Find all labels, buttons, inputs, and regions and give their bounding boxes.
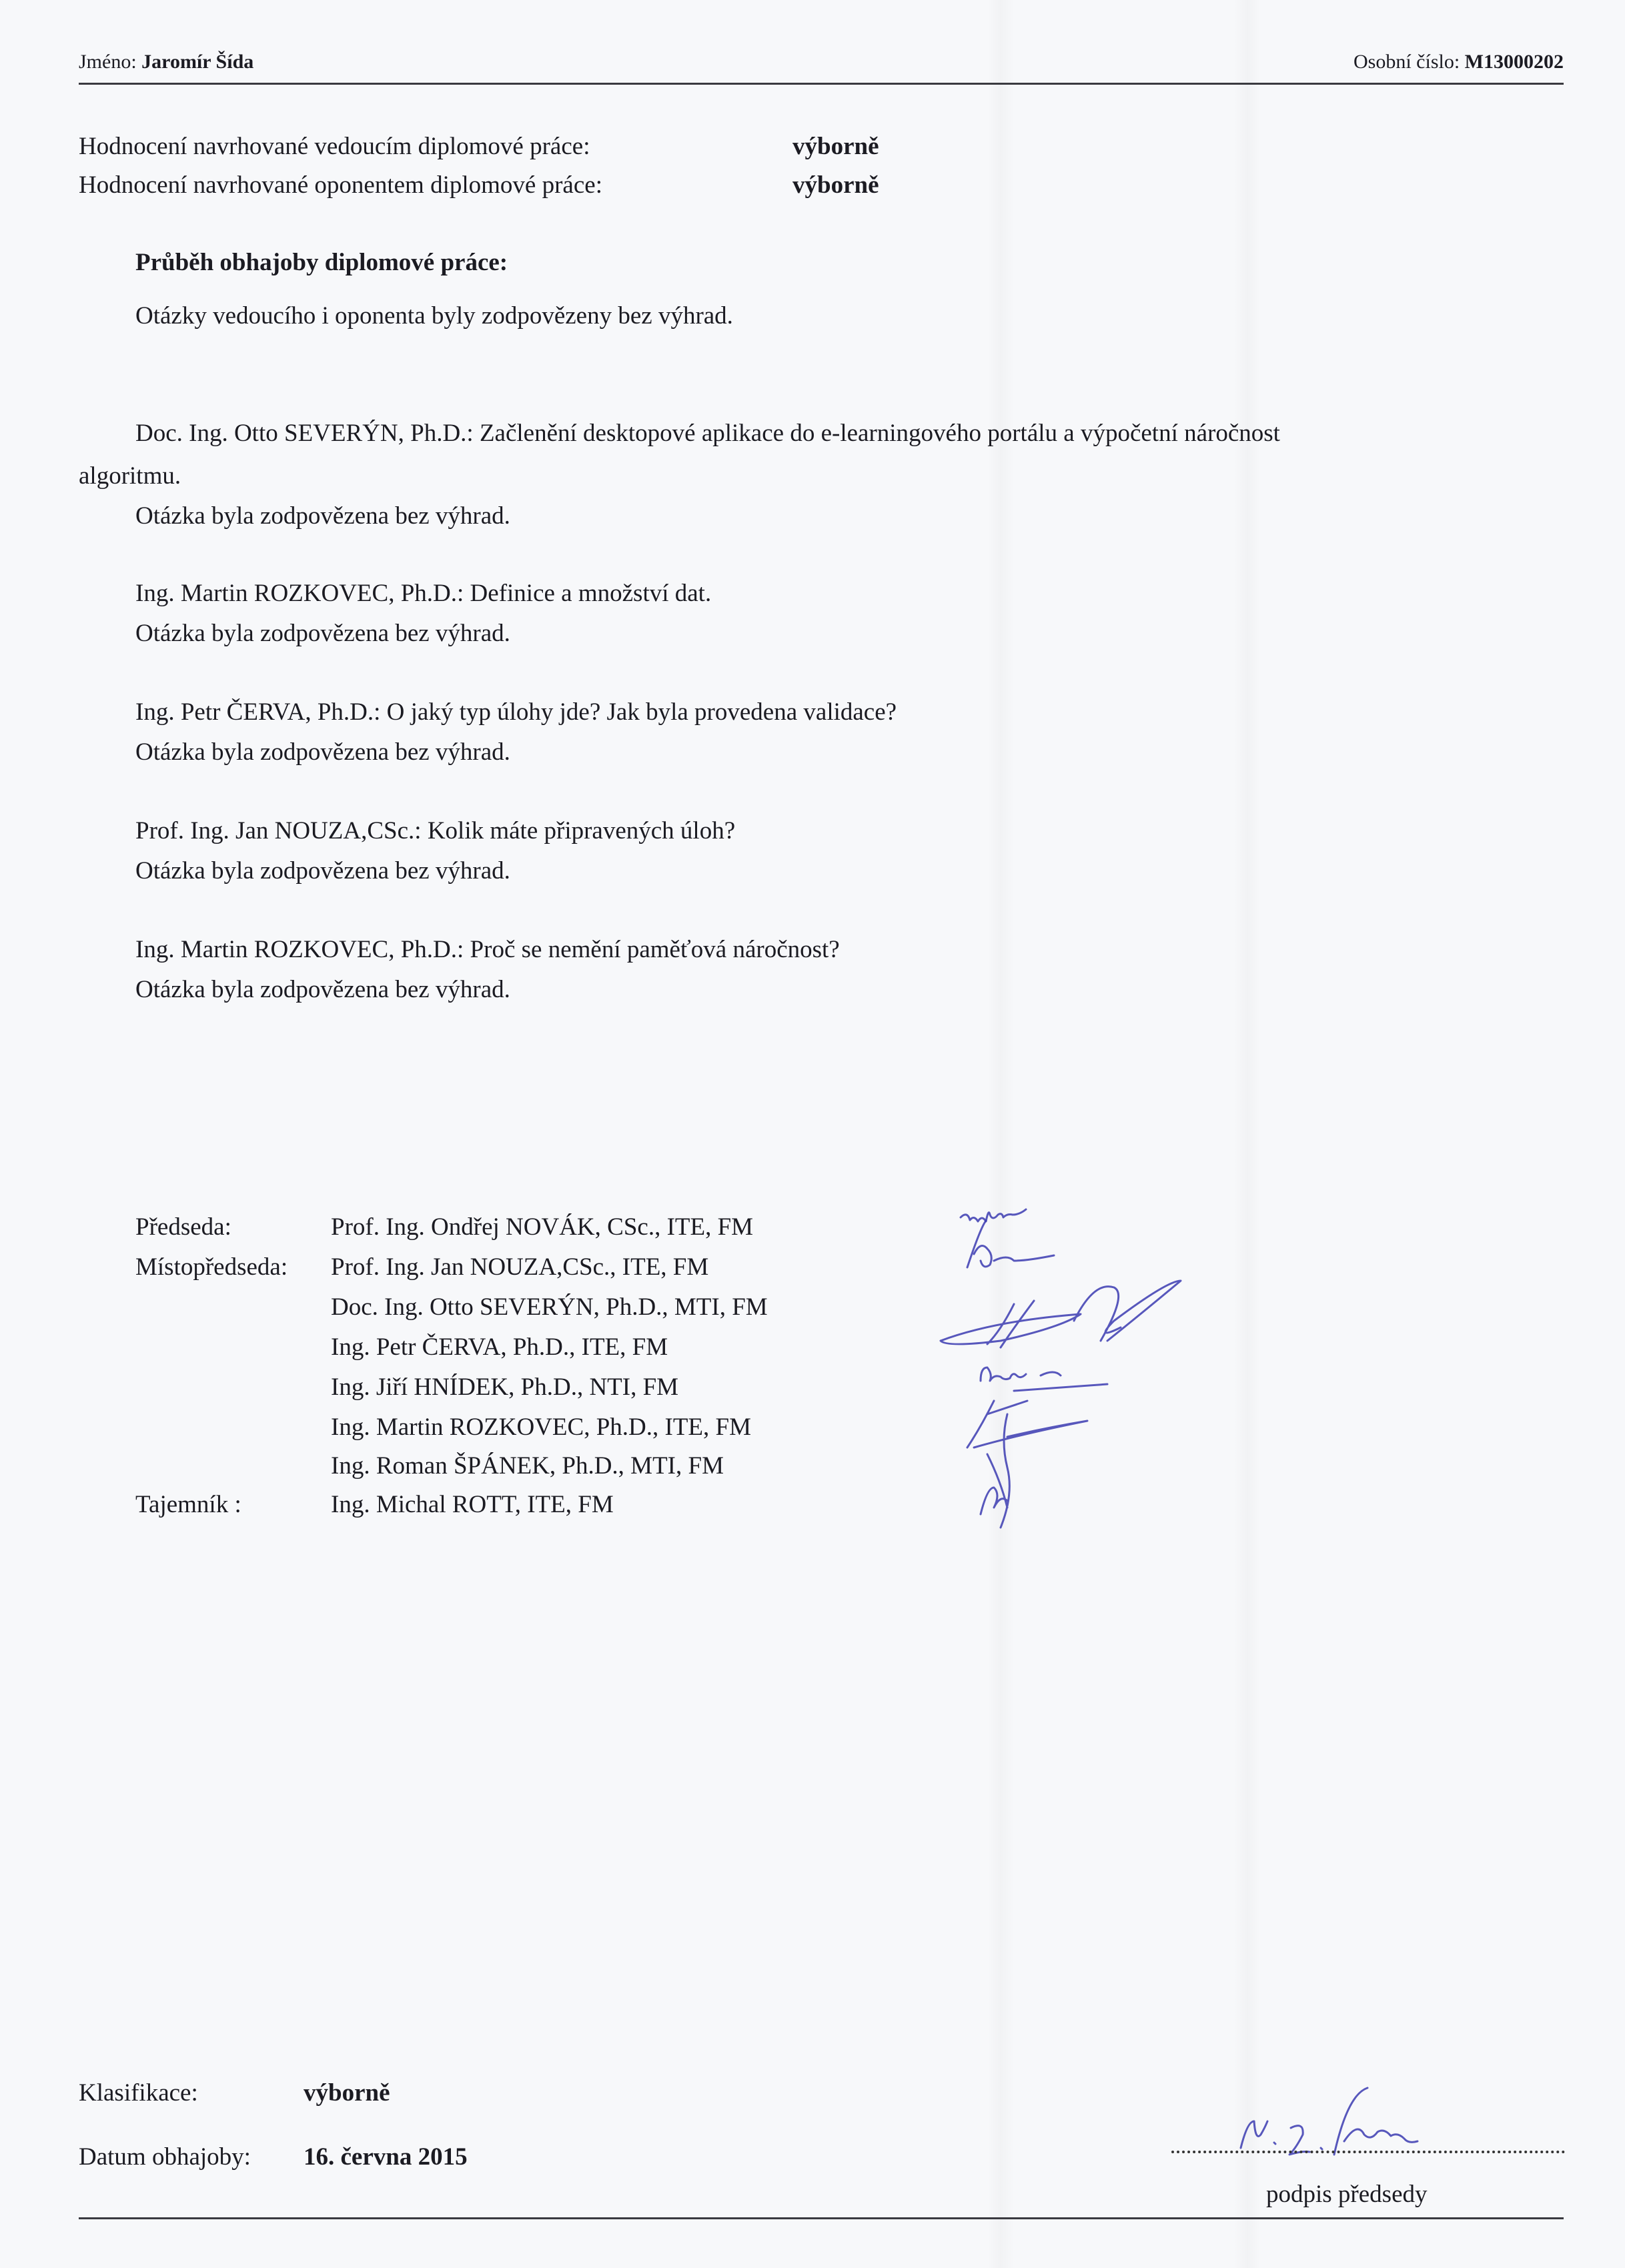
question-text: O jaký typ úlohy jde? Jak byla provedena… <box>387 698 897 726</box>
question-asker: Prof. Ing. Jan NOUZA,CSc.: <box>135 817 422 844</box>
question-3: Ing. Petr ČERVA, Ph.D.: O jaký typ úlohy… <box>135 698 897 726</box>
answer-4: Otázka byla zodpovězena bez výhrad. <box>135 857 510 885</box>
rating-supervisor-value: výborně <box>792 132 879 161</box>
question-4: Prof. Ing. Jan NOUZA,CSc.: Kolik máte př… <box>135 816 735 845</box>
question-text: Začlenění desktopové aplikace do e-learn… <box>480 420 1280 447</box>
answer-5: Otázka byla zodpovězena bez výhrad. <box>135 975 510 1004</box>
chair-label: Předseda: <box>135 1213 231 1241</box>
footer-rule <box>79 2217 1564 2219</box>
chair-signature-icon <box>1227 2081 1481 2161</box>
committee-signatures-icon <box>881 1187 1307 1534</box>
committee-member: Prof. Ing. Ondřej NOVÁK, CSc., ITE, FM <box>331 1213 753 1241</box>
answer-2: Otázka byla zodpovězena bez výhrad. <box>135 619 510 648</box>
question-asker: Ing. Martin ROZKOVEC, Ph.D.: <box>135 936 464 963</box>
question-text: Proč se nemění paměťová náročnost? <box>470 936 840 963</box>
committee-member: Ing. Michal ROTT, ITE, FM <box>331 1490 614 1519</box>
rating-supervisor-label: Hodnocení navrhované vedoucím diplomové … <box>79 132 590 161</box>
committee-member: Ing. Petr ČERVA, Ph.D., ITE, FM <box>331 1333 668 1361</box>
question-1-cont: algoritmu. <box>79 462 181 490</box>
classification-label: Klasifikace: <box>79 2079 198 2107</box>
question-text: Kolik máte připravených úloh? <box>428 817 735 844</box>
committee-member: Ing. Martin ROZKOVEC, Ph.D., ITE, FM <box>331 1413 751 1442</box>
classification-value: výborně <box>304 2079 390 2107</box>
committee-member: Ing. Roman ŠPÁNEK, Ph.D., MTI, FM <box>331 1452 724 1480</box>
id-value: M13000202 <box>1465 51 1564 73</box>
signature-line <box>1171 2151 1565 2153</box>
rating-opponent-label: Hodnocení navrhované oponentem diplomové… <box>79 171 602 199</box>
question-5: Ing. Martin ROZKOVEC, Ph.D.: Proč se nem… <box>135 935 840 964</box>
defense-intro: Otázky vedoucího i oponenta byly zodpově… <box>135 302 733 330</box>
committee-member: Prof. Ing. Jan NOUZA,CSc., ITE, FM <box>331 1253 708 1281</box>
committee-member: Doc. Ing. Otto SEVERÝN, Ph.D., MTI, FM <box>331 1293 768 1321</box>
scan-fold <box>987 0 1014 2268</box>
header-rule <box>79 83 1564 85</box>
question-asker: Doc. Ing. Otto SEVERÝN, Ph.D.: <box>135 420 474 447</box>
id-label: Osobní číslo: <box>1353 51 1460 73</box>
student-id: Osobní číslo: M13000202 <box>1353 51 1564 73</box>
secretary-label: Tajemník : <box>135 1490 241 1519</box>
question-asker: Ing. Petr ČERVA, Ph.D.: <box>135 698 380 726</box>
question-2: Ing. Martin ROZKOVEC, Ph.D.: Definice a … <box>135 579 711 608</box>
name-label: Jméno: <box>79 51 137 73</box>
name-value: Jaromír Šída <box>141 51 253 73</box>
question-1: Doc. Ing. Otto SEVERÝN, Ph.D.: Začlenění… <box>135 419 1280 448</box>
vice-chair-label: Místopředseda: <box>135 1253 288 1281</box>
defense-heading: Průběh obhajoby diplomové práce: <box>135 248 508 277</box>
committee-member: Ing. Jiří HNÍDEK, Ph.D., NTI, FM <box>331 1373 678 1401</box>
signature-caption: podpis předsedy <box>1266 2180 1428 2209</box>
student-name: Jméno: Jaromír Šída <box>79 51 253 73</box>
scan-fold <box>1234 0 1261 2268</box>
protocol-page: Jméno: Jaromír Šída Osobní číslo: M13000… <box>0 0 1625 2268</box>
question-asker: Ing. Martin ROZKOVEC, Ph.D.: <box>135 580 464 607</box>
rating-opponent-value: výborně <box>792 171 879 199</box>
date-label: Datum obhajoby: <box>79 2143 251 2171</box>
question-text: Definice a množství dat. <box>470 580 712 607</box>
date-value: 16. června 2015 <box>304 2143 468 2171</box>
answer-1: Otázka byla zodpovězena bez výhrad. <box>135 502 510 530</box>
answer-3: Otázka byla zodpovězena bez výhrad. <box>135 738 510 766</box>
